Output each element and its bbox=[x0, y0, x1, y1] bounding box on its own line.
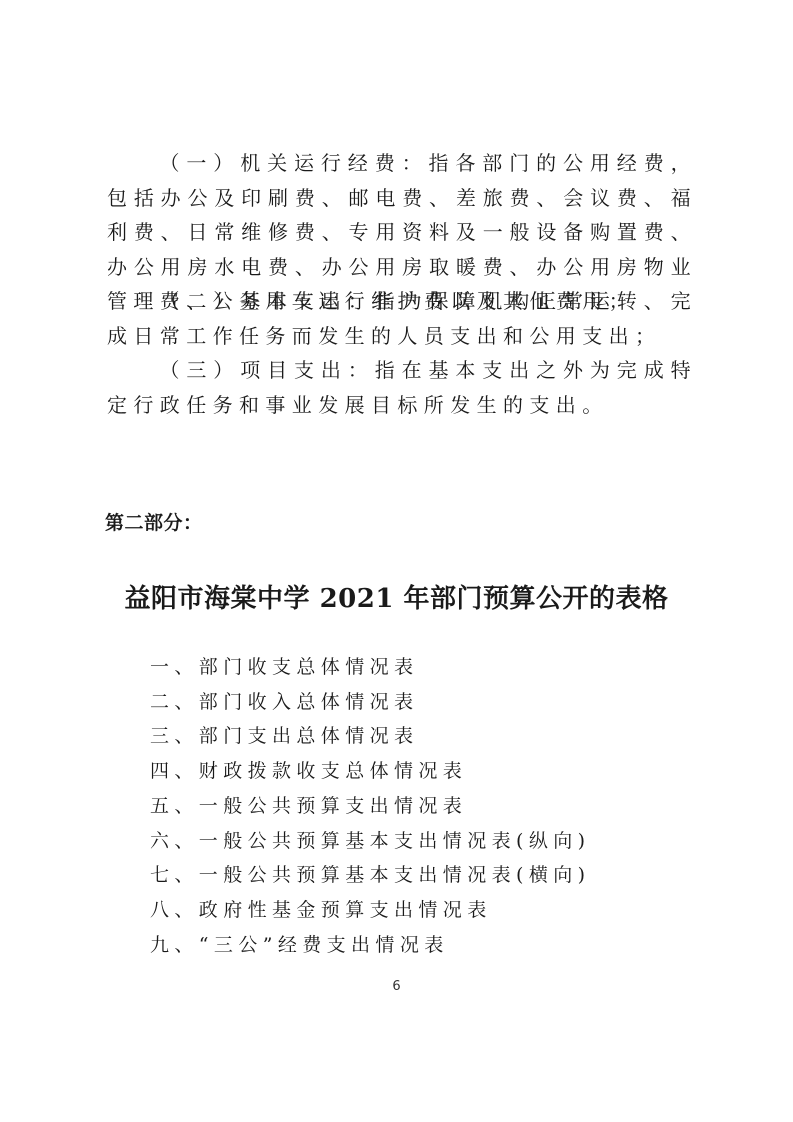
table-of-contents: 一、部门收支总体情况表 二、部门收入总体情况表 三、部门支出总体情况表 四、财政… bbox=[150, 650, 590, 962]
definition-text: （二）基本支出：指为保障机构正常运转、完成日常工作任务而发生的人员支出和公用支出… bbox=[107, 289, 697, 348]
definition-paragraph-project-expenditure: （三）项目支出：指在基本支出之外为完成特定行政任务和事业发展目标所发生的支出。 bbox=[107, 353, 697, 422]
definition-text: （三）项目支出：指在基本支出之外为完成特定行政任务和事业发展目标所发生的支出。 bbox=[107, 358, 697, 417]
toc-item: 八、政府性基金预算支出情况表 bbox=[150, 893, 590, 928]
toc-item: 七、一般公共预算基本支出情况表(横向) bbox=[150, 858, 590, 893]
definition-paragraph-basic-expenditure: （二）基本支出：指为保障机构正常运转、完成日常工作任务而发生的人员支出和公用支出… bbox=[107, 284, 697, 353]
section-label: 第二部分： bbox=[105, 508, 203, 535]
document-title: 益阳市海棠中学 2021 年部门预算公开的表格 bbox=[0, 578, 793, 615]
toc-item: 九、“三公”经费支出情况表 bbox=[150, 928, 590, 963]
page-number: 6 bbox=[0, 979, 793, 994]
toc-item: 二、部门收入总体情况表 bbox=[150, 685, 590, 720]
toc-item: 三、部门支出总体情况表 bbox=[150, 719, 590, 754]
toc-item: 六、一般公共预算基本支出情况表(纵向) bbox=[150, 824, 590, 859]
document-page: （一）机关运行经费：指各部门的公用经费，包括办公及印刷费、邮电费、差旅费、会议费… bbox=[0, 0, 793, 1122]
toc-item: 一、部门收支总体情况表 bbox=[150, 650, 590, 685]
toc-item: 五、一般公共预算支出情况表 bbox=[150, 789, 590, 824]
toc-item: 四、财政拨款收支总体情况表 bbox=[150, 754, 590, 789]
